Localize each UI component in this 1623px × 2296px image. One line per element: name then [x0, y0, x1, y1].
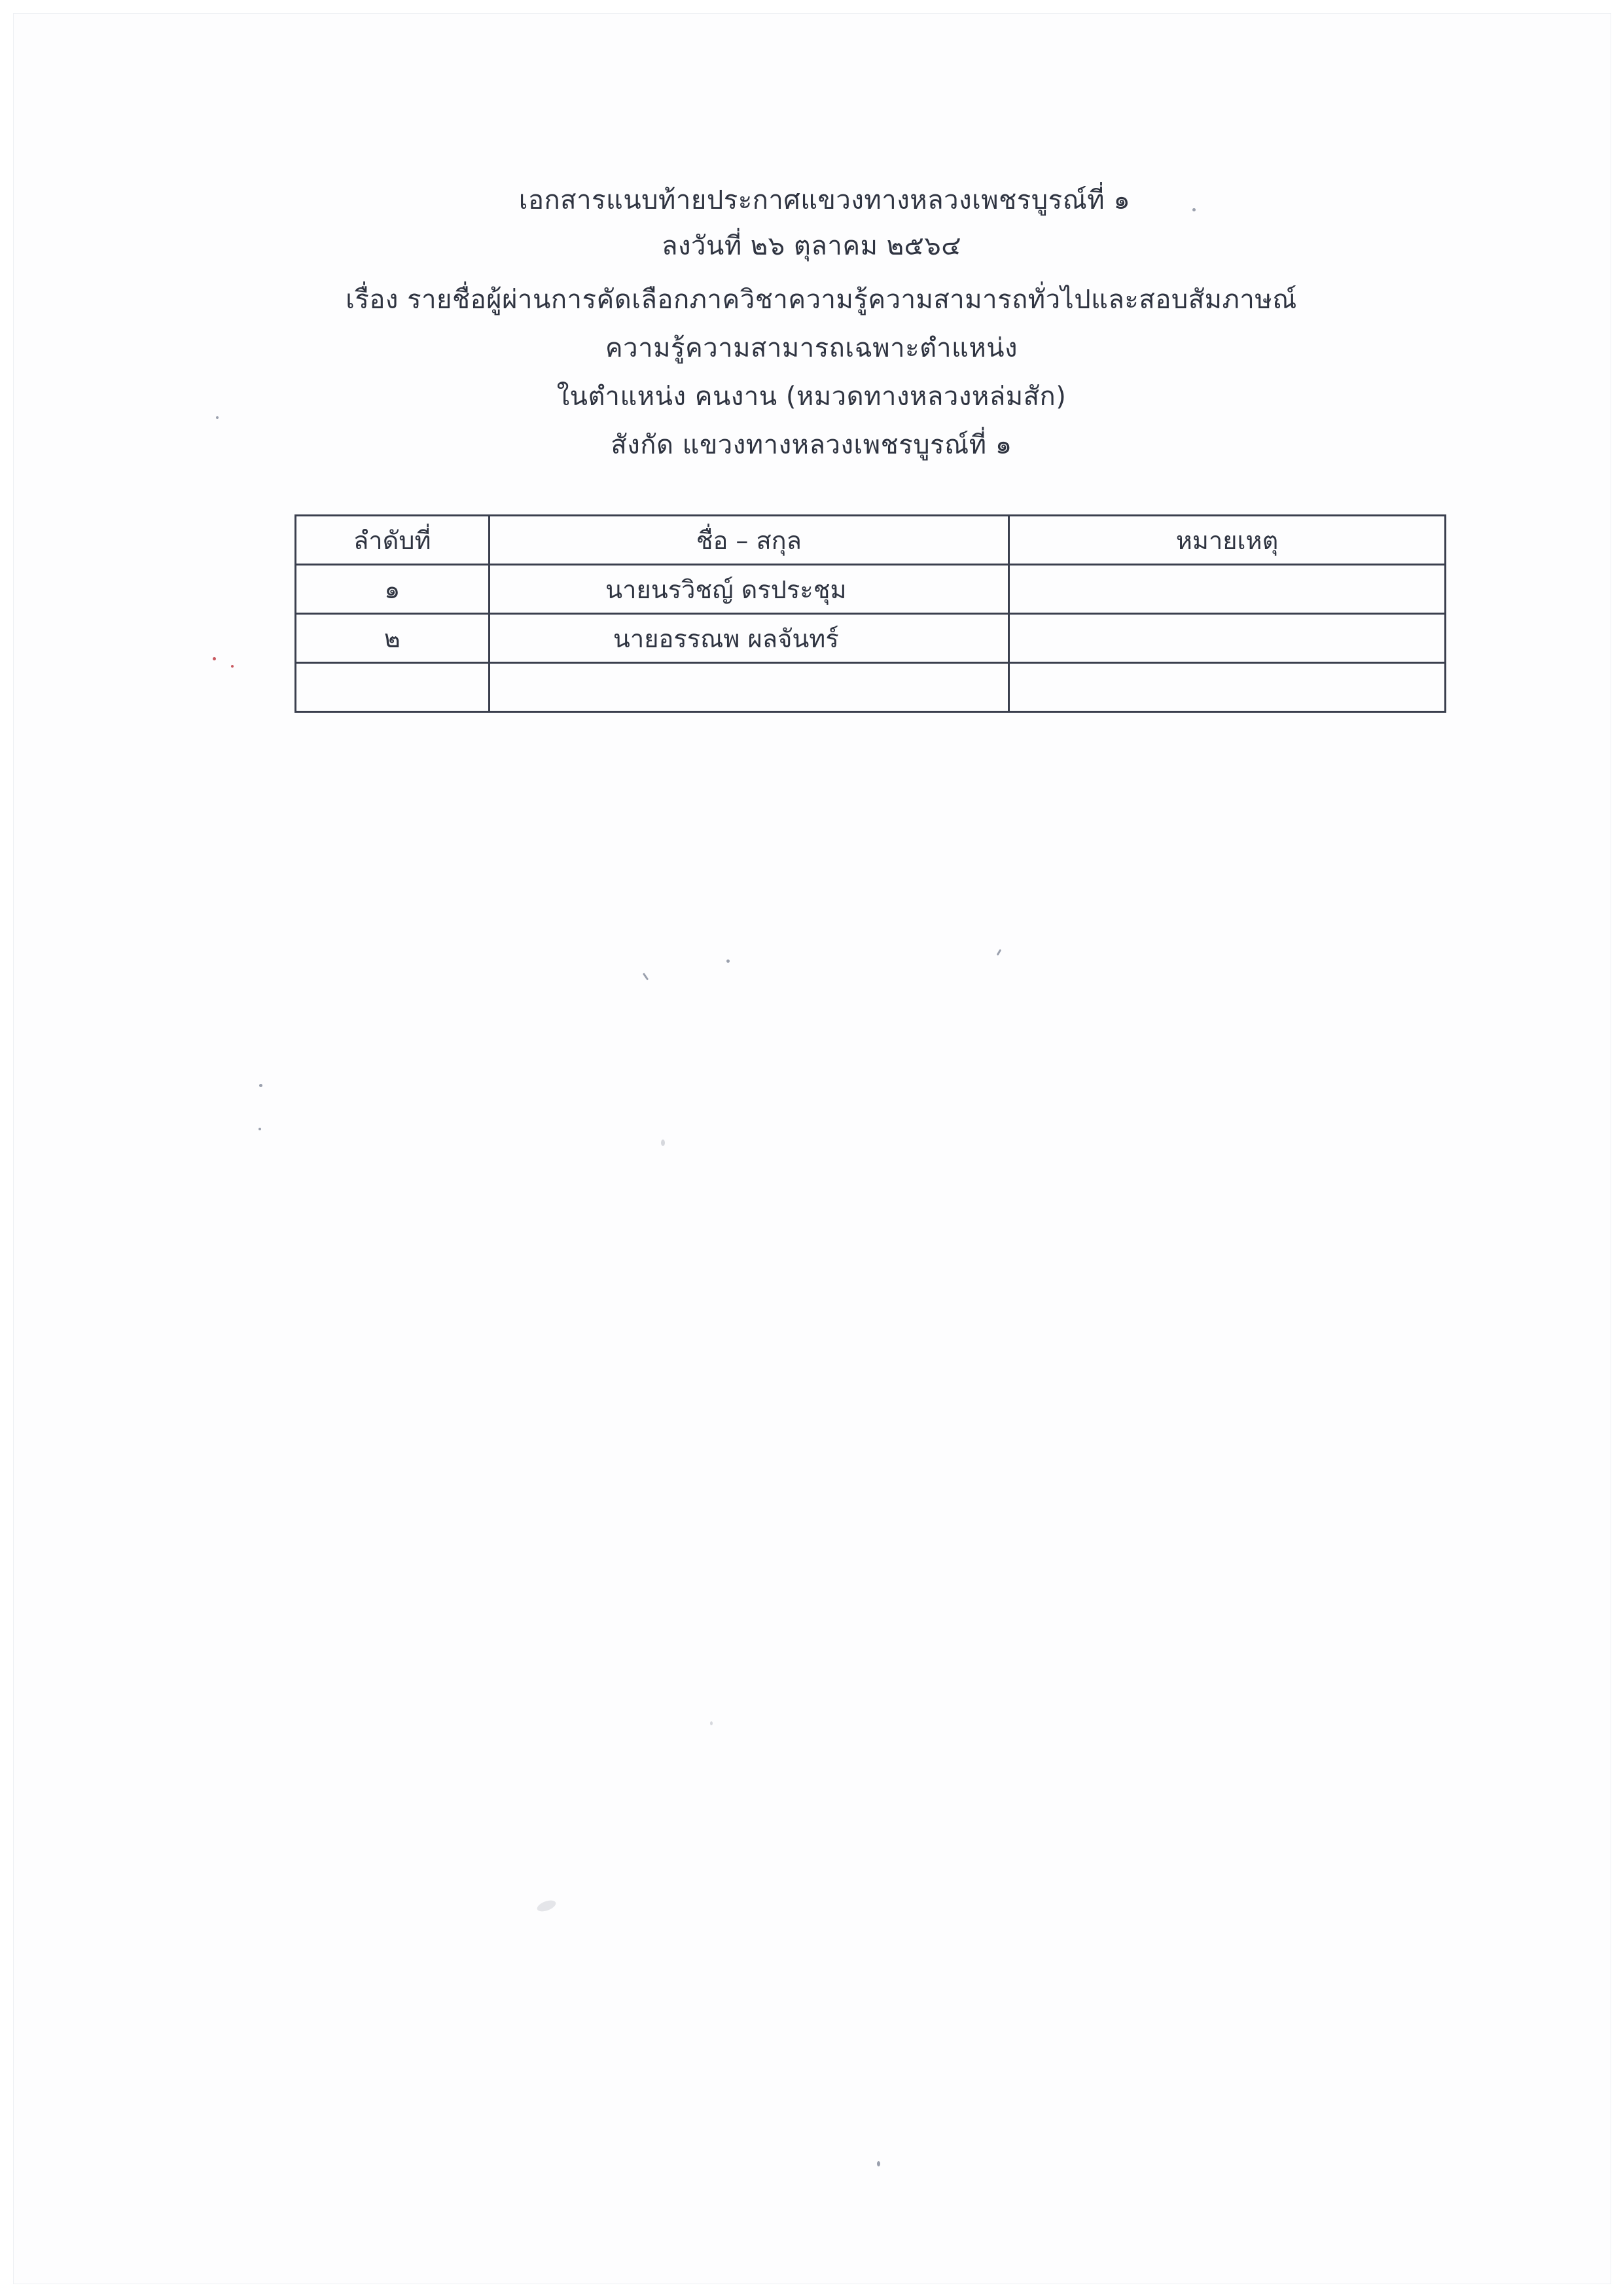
cell-order: [296, 663, 490, 712]
cell-name: นายนรวิชญ์ ดรประชุม: [489, 565, 1009, 614]
scan-speck: [231, 665, 234, 668]
document-title: เอกสารแนบท้ายประกาศแขวงทางหลวงเพชรบูรณ์ท…: [0, 182, 1623, 219]
table-row: ๑ นายนรวิชญ์ ดรประชุม: [296, 565, 1446, 614]
scan-speck: [710, 1721, 713, 1725]
results-table: ลำดับที่ ชื่อ – สกุล หมายเหตุ ๑ นายนรวิช…: [294, 514, 1446, 713]
cell-order: ๒: [296, 614, 490, 663]
scan-speck: [877, 2161, 880, 2166]
column-header-order: ลำดับที่: [296, 516, 490, 565]
document-subject-continued: ความรู้ความสามารถเฉพาะตำแหน่ง: [0, 330, 1623, 367]
document-position: ในตำแหน่ง คนงาน (หมวดทางหลวงหล่มสัก): [0, 378, 1623, 415]
column-header-remark: หมายเหตุ: [1009, 516, 1446, 565]
scan-speck: [259, 1084, 262, 1087]
scan-speck: [1192, 208, 1196, 211]
scan-speck: [213, 657, 216, 660]
cell-order: ๑: [296, 565, 490, 614]
table-header-row: ลำดับที่ ชื่อ – สกุล หมายเหตุ: [296, 516, 1446, 565]
scan-speck: [216, 416, 219, 419]
cell-name: [489, 663, 1009, 712]
column-header-name: ชื่อ – สกุล: [489, 516, 1009, 565]
table-row: [296, 663, 1446, 712]
cell-remark: [1009, 663, 1446, 712]
document-date: ลงวันที่ ๒๖ ตุลาคม ๒๕๖๔: [0, 228, 1623, 264]
cell-name: นายอรรณพ ผลจันทร์: [489, 614, 1009, 663]
table-row: ๒ นายอรรณพ ผลจันทร์: [296, 614, 1446, 663]
scan-speck: [259, 1128, 261, 1130]
document-affiliation: สังกัด แขวงทางหลวงเพชรบูรณ์ที่ ๑: [0, 427, 1623, 463]
scan-speck: [726, 960, 730, 963]
scan-speck: [661, 1139, 665, 1146]
cell-remark: [1009, 614, 1446, 663]
cell-remark: [1009, 565, 1446, 614]
document-subject: เรื่อง รายชื่อผู้ผ่านการคัดเลือกภาควิชาค…: [0, 281, 1623, 318]
